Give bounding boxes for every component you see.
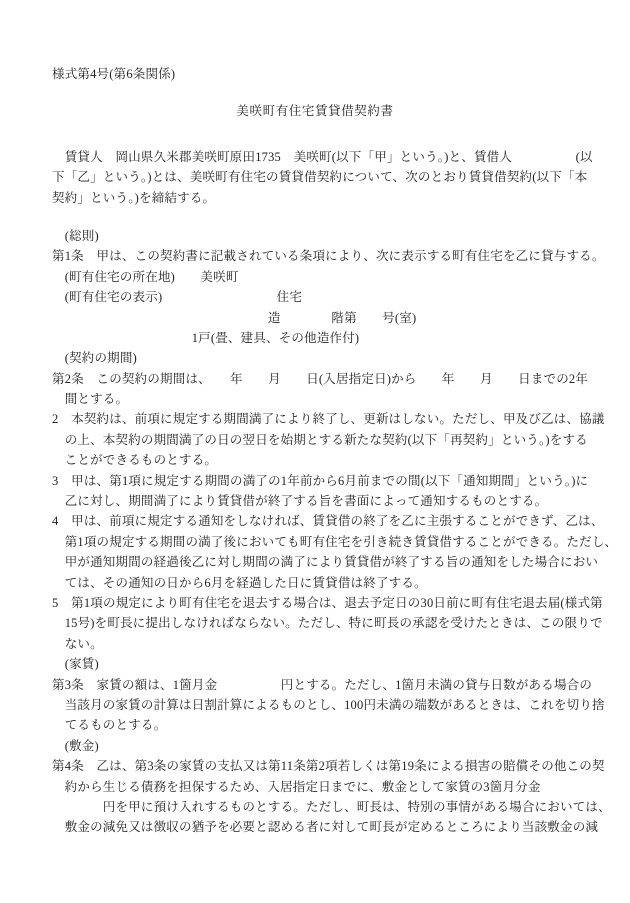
article2-para2-line-2: の上、本契約の期間満了の日の翌日を始期とする新たな契約(以下「再契約」という。)… [52, 430, 592, 450]
preamble-line-1: 賃貸人 岡山県久米郡美咲町原田1735 美咲町(以下「甲」という。)と、賃借人 … [52, 147, 592, 167]
article2-para1-line-1: 第2条 この契約の期間は、 年 月 日(入居指定日)から 年 月 日までの2年 [52, 369, 592, 389]
spacer [52, 122, 592, 147]
article4-line-3: 円を甲に預け入れするものとする。ただし、町長は、特別の事情がある場合においては、 [52, 797, 592, 817]
article1-text: 第1条 甲は、この契約書に記載されている条項により、次に表示する町有住宅を乙に貸… [52, 246, 592, 266]
spacer [52, 208, 592, 226]
heading-general-provisions: (総則) [52, 226, 592, 246]
heading-rent: (家賃) [52, 654, 592, 674]
article1-housing-designation: (町有住宅の表示) 住宅 [52, 287, 592, 307]
article2-para5-line-1: 5 第1項の規定により町有住宅を退去する場合は、退去予定日の30日前に町有住宅退… [52, 593, 592, 613]
article3-line-1: 第3条 家賃の額は、1箇月金 円とする。ただし、1箇月未満の貸与日数がある場合の [52, 675, 592, 695]
preamble-line-2: 下「乙」という。)とは、美咲町有住宅の賃貸借契約について、次のとおり賃貸借契約(… [52, 167, 592, 187]
article2-para3-line-1: 3 甲は、第1項に規定する期間の満了の1年前から6月前までの間(以下「通知期間」… [52, 471, 592, 491]
document-content: 様式第4号(第6条関係) 美咲町有住宅賃貸借契約書 賃貸人 岡山県久米郡美咲町原… [52, 64, 592, 838]
article1-unit-description: 1戸(畳、建具、その他造作付) [52, 328, 592, 348]
article2-para2-line-3: ことができるものとする。 [52, 450, 592, 470]
article2-para4-line-3: 甲が通知期間の経過後乙に対し期間の満了により賃貸借が終了する旨の通知をした場合に… [52, 552, 592, 572]
article4-line-2: 約から生じる債務を担保するため、入居指定日までに、敷金として家賃の3箇月分金 [52, 777, 592, 797]
article2-para5-line-2: 15号)を町長に提出しなければならない。ただし、特に町長の承認を受けたときは、こ… [52, 613, 592, 633]
heading-contract-period: (契約の期間) [52, 348, 592, 368]
article1-structure-floor-number: 造 階第 号(室) [52, 308, 592, 328]
article2-para4-line-2: 第1項の規定する期間の満了後においても町有住宅を引き続き賃貸借することができる。… [52, 532, 592, 552]
article4-line-4: 敷金の減免又は徴収の猶予を必要と認める者に対して町長が定めるところにより当該敷金… [52, 817, 592, 837]
heading-deposit: (敷金) [52, 736, 592, 756]
form-number-line: 様式第4号(第6条関係) [52, 64, 592, 84]
preamble-line-3: 契約」という。)を締結する。 [52, 188, 592, 208]
article4-line-1: 第4条 乙は、第3条の家賃の支払又は第11条第2項若しくは第19条による損害の賠… [52, 756, 592, 776]
article2-para4-line-1: 4 甲は、前項に規定する通知をしなければ、賃貸借の終了を乙に主張することができず… [52, 511, 592, 531]
article2-para3-line-2: 乙に対し、期間満了により賃貸借が終了する旨を書面によって通知するものとする。 [52, 491, 592, 511]
article3-line-3: てるものとする。 [52, 715, 592, 735]
document-title: 美咲町有住宅賃貸借契約書 [52, 101, 578, 121]
article1-housing-location: (町有住宅の所在地) 美咲町 [52, 267, 592, 287]
article2-para1-line-2: 間とする。 [52, 389, 592, 409]
spacer [52, 84, 592, 101]
contract-document-page: 様式第4号(第6条関係) 美咲町有住宅賃貸借契約書 賃貸人 岡山県久米郡美咲町原… [0, 0, 630, 903]
article2-para5-line-3: ない。 [52, 634, 592, 654]
article2-para2-line-1: 2 本契約は、前項に規定する期間満了により終了し、更新はしない。ただし、甲及び乙… [52, 409, 592, 429]
article3-line-2: 当該月の家賃の計算は日割計算によるものとし、100円未満の端数があるときは、これ… [52, 695, 592, 715]
article2-para4-line-4: ては、その通知の日から6月を経過した日に賃貸借は終了する。 [52, 573, 592, 593]
